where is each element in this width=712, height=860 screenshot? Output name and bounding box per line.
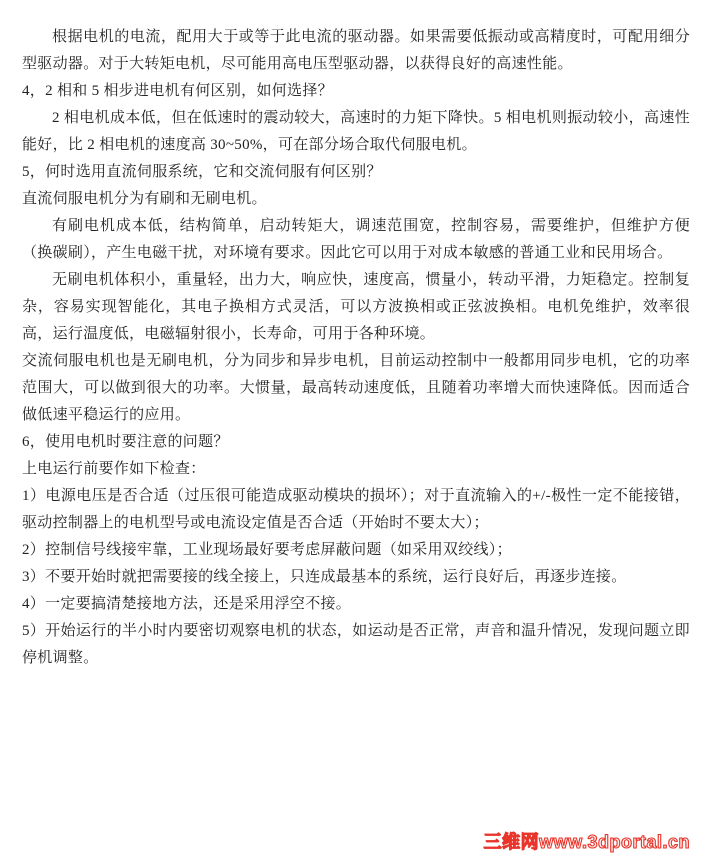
paragraph-brushed-motor: 有刷电机成本低，结构简单，启动转矩大，调速范围宽，控制容易，需要维护，但维护方便… [22,213,690,267]
document-page: 根据电机的电流，配用大于或等于此电流的驱动器。如果需要低振动或高精度时，可配用细… [0,0,712,860]
3dportal-watermark: 三维网www.3dportal.cn [484,828,690,854]
checklist-item-5: 5）开始运行的半小时内要密切观察电机的状态，如运动是否正常，声音和温升情况，发现… [22,618,690,672]
document-body: 根据电机的电流，配用大于或等于此电流的驱动器。如果需要低振动或高精度时，可配用细… [22,24,690,672]
question-6-heading: 6，使用电机时要注意的问题？ [22,429,690,456]
paragraph-checklist-intro: 上电运行前要作如下检查： [22,456,690,483]
paragraph-dc-servo-types: 直流伺服电机分为有刷和无刷电机。 [22,186,690,213]
paragraph-2phase-vs-5phase: 2 相电机成本低，但在低速时的震动较大，高速时的力矩下降快。5 相电机则振动较小… [22,105,690,159]
paragraph-ac-servo: 交流伺服电机也是无刷电机，分为同步和异步电机，目前运动控制中一般都用同步电机，它… [22,348,690,429]
checklist-item-3: 3）不要开始时就把需要接的线全接上，只连成最基本的系统，运行良好后，再逐步连接。 [22,564,690,591]
question-5-heading: 5，何时选用直流伺服系统，它和交流伺服有何区别？ [22,159,690,186]
checklist-item-2: 2）控制信号线接牢靠，工业现场最好要考虑屏蔽问题（如采用双绞线）； [22,537,690,564]
checklist-item-4: 4）一定要搞清楚接地方法，还是采用浮空不接。 [22,591,690,618]
paragraph-brushless-motor: 无刷电机体积小，重量轻，出力大，响应快，速度高，惯量小，转动平滑，力矩稳定。控制… [22,267,690,348]
question-4-heading: 4，2 相和 5 相步进电机有何区别，如何选择？ [22,78,690,105]
checklist-item-1: 1）电源电压是否合适（过压很可能造成驱动模块的损坏）；对于直流输入的+/-极性一… [22,483,690,537]
paragraph-driver-selection: 根据电机的电流，配用大于或等于此电流的驱动器。如果需要低振动或高精度时，可配用细… [22,24,690,78]
